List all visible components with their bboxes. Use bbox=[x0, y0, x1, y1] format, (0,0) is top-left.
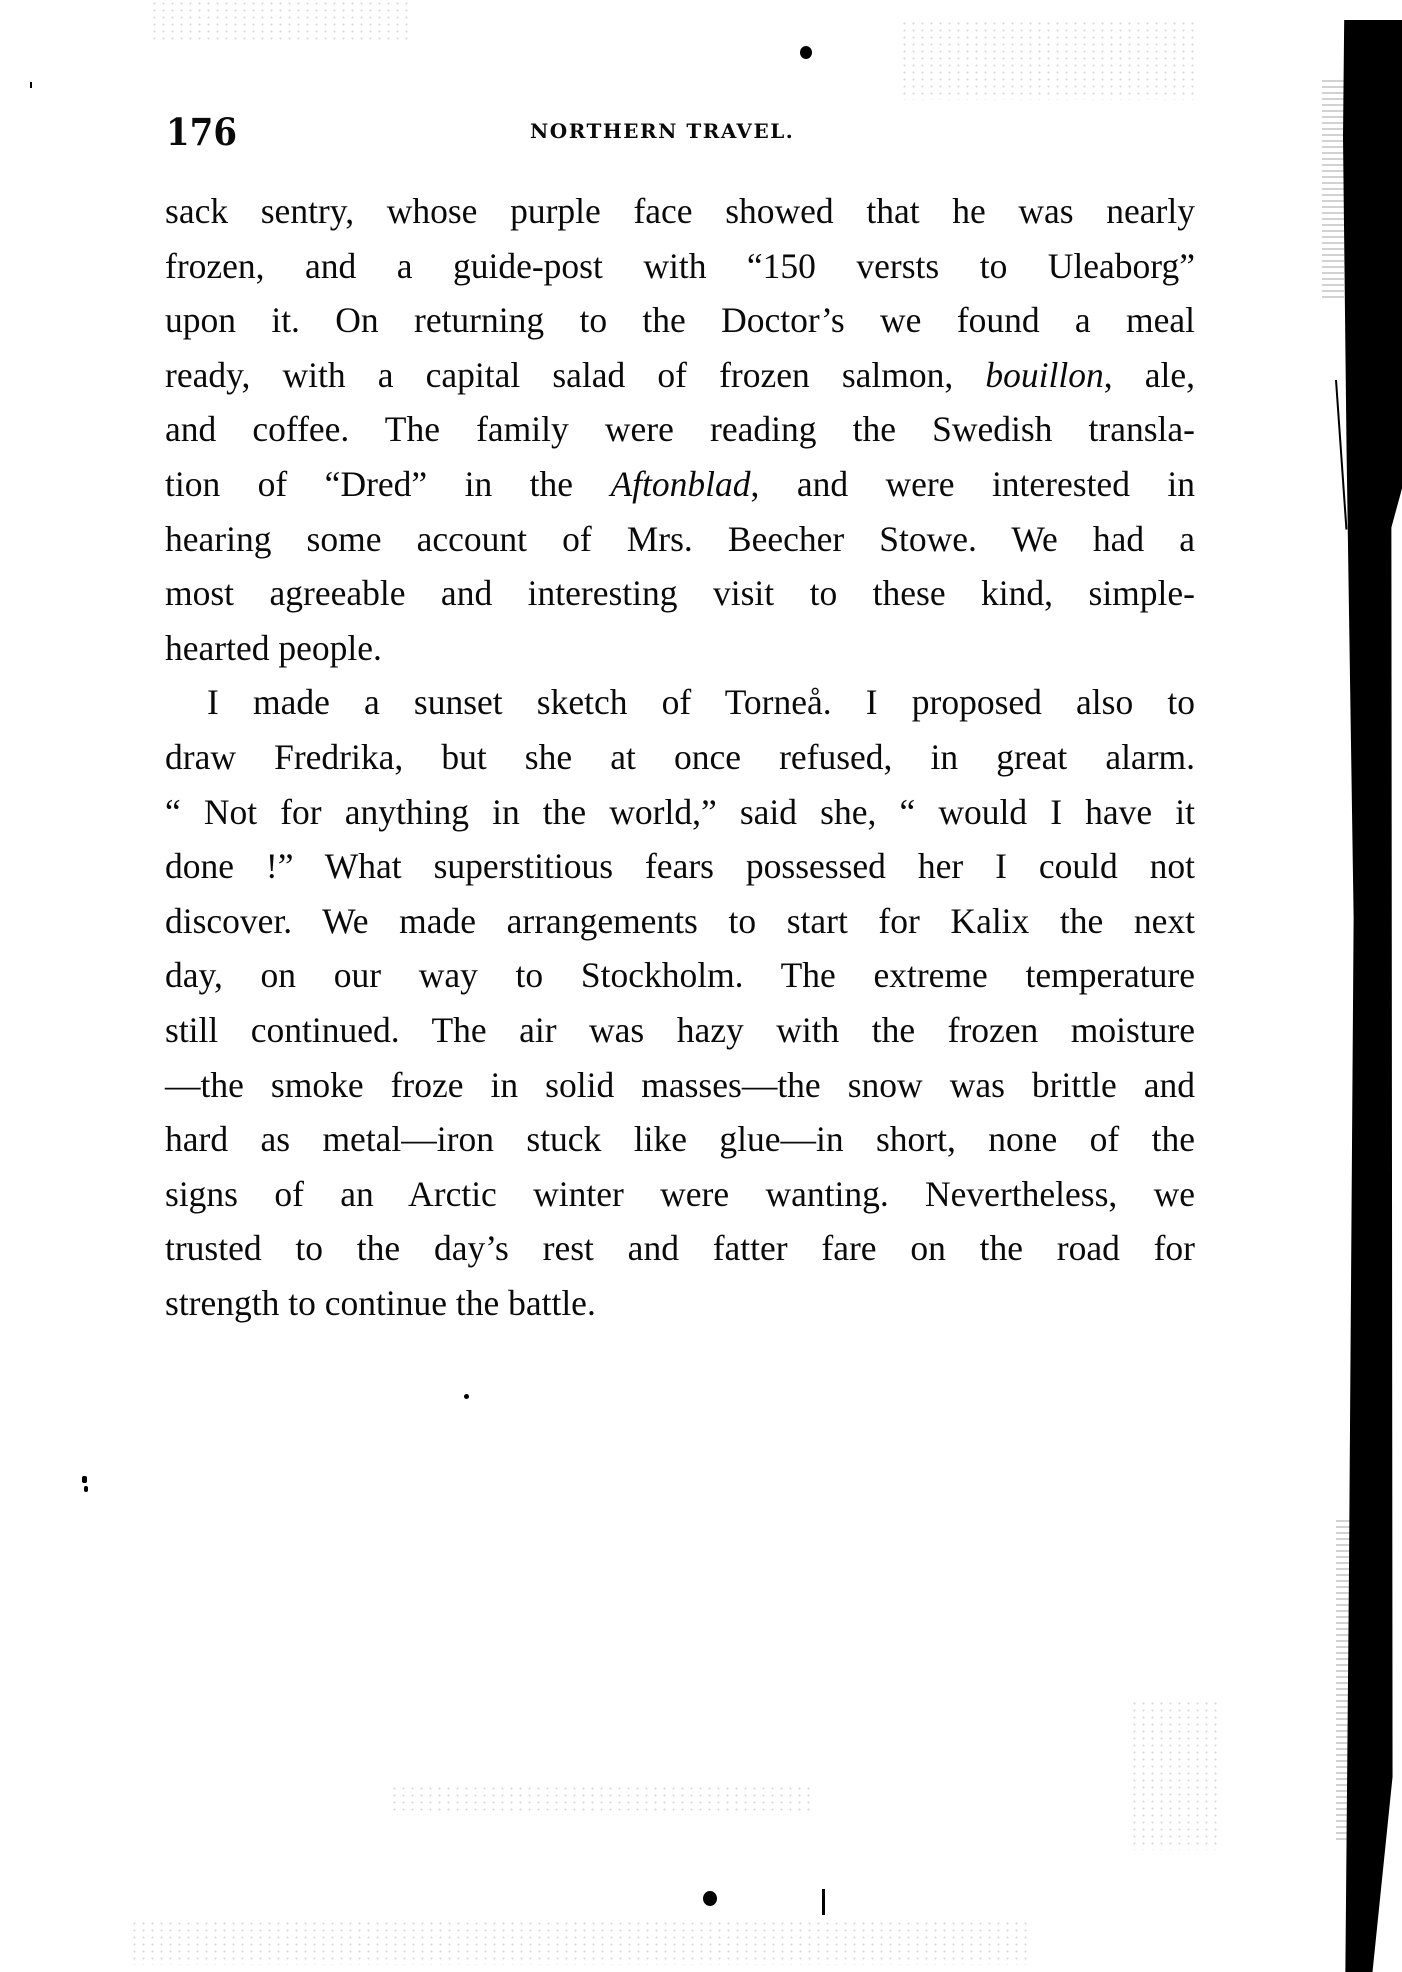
ink-dot bbox=[464, 1394, 469, 1399]
ink-blot bbox=[800, 46, 812, 59]
binding-speckle bbox=[1322, 80, 1344, 300]
text-line: hard as metal—iron stuck like glue—in sh… bbox=[165, 1112, 1195, 1167]
text-line: “ Not for anything in the world,” said s… bbox=[165, 785, 1195, 840]
binding-edge-line bbox=[1335, 380, 1347, 530]
text-run: , and were interested in bbox=[751, 464, 1195, 504]
text-line: —the smoke froze in solid masses—the sno… bbox=[165, 1058, 1195, 1113]
text-line: done !” What superstitious fears possess… bbox=[165, 839, 1195, 894]
book-page: 176 NORTHERN TRAVEL. sack sentry, whose … bbox=[0, 0, 1402, 1972]
text-line: day, on our way to Stockholm. The extrem… bbox=[165, 948, 1195, 1003]
scan-noise bbox=[390, 1785, 810, 1815]
running-head: NORTHERN TRAVEL. bbox=[530, 117, 794, 145]
scan-noise bbox=[1130, 1700, 1220, 1850]
italic-word-bouillon: bouillon bbox=[985, 355, 1103, 395]
ink-dot bbox=[82, 1476, 87, 1483]
text-line-with-italic: ready, with a capital salad of frozen sa… bbox=[165, 348, 1195, 403]
text-line-with-italic: tion of “Dred” in the Aftonblad, and wer… bbox=[165, 457, 1195, 512]
page-number: 176 bbox=[166, 110, 237, 154]
text-line: most agreeable and interesting visit to … bbox=[165, 566, 1195, 621]
italic-word-aftonblad: Aftonblad bbox=[610, 464, 750, 504]
ink-stroke bbox=[822, 1889, 825, 1915]
text-line: sack sentry, whose purple face showed th… bbox=[165, 184, 1195, 239]
binding-speckle bbox=[1336, 1520, 1354, 1840]
text-line: draw Fredrika, but she at once refused, … bbox=[165, 730, 1195, 785]
ink-dot bbox=[84, 1486, 88, 1492]
text-line: still continued. The air was hazy with t… bbox=[165, 1003, 1195, 1058]
body-text: sack sentry, whose purple face showed th… bbox=[165, 184, 1195, 1330]
text-line: and coffee. The family were reading the … bbox=[165, 402, 1195, 457]
text-line: hearing some account of Mrs. Beecher Sto… bbox=[165, 512, 1195, 567]
text-line: signs of an Arctic winter were wanting. … bbox=[165, 1167, 1195, 1222]
scan-noise bbox=[900, 20, 1200, 100]
text-run: , ale, bbox=[1104, 355, 1195, 395]
text-line: discover. We made arrangements to start … bbox=[165, 894, 1195, 949]
ink-mark bbox=[30, 82, 32, 88]
text-line: I made a sunset sketch of Torneå. I prop… bbox=[165, 675, 1195, 730]
text-line: trusted to the day’s rest and fatter far… bbox=[165, 1221, 1195, 1276]
text-run: ready, with a capital salad of frozen sa… bbox=[165, 355, 985, 395]
text-line: frozen, and a guide-post with “150 verst… bbox=[165, 239, 1195, 294]
text-line: hearted people. bbox=[165, 621, 1195, 676]
scan-noise bbox=[150, 0, 410, 40]
text-line: upon it. On returning to the Doctor’s we… bbox=[165, 293, 1195, 348]
text-line: strength to continue the battle. bbox=[165, 1276, 1195, 1331]
text-run: tion of “Dred” in the bbox=[165, 464, 610, 504]
ink-blot bbox=[703, 1891, 717, 1906]
scan-noise bbox=[130, 1920, 1030, 1965]
